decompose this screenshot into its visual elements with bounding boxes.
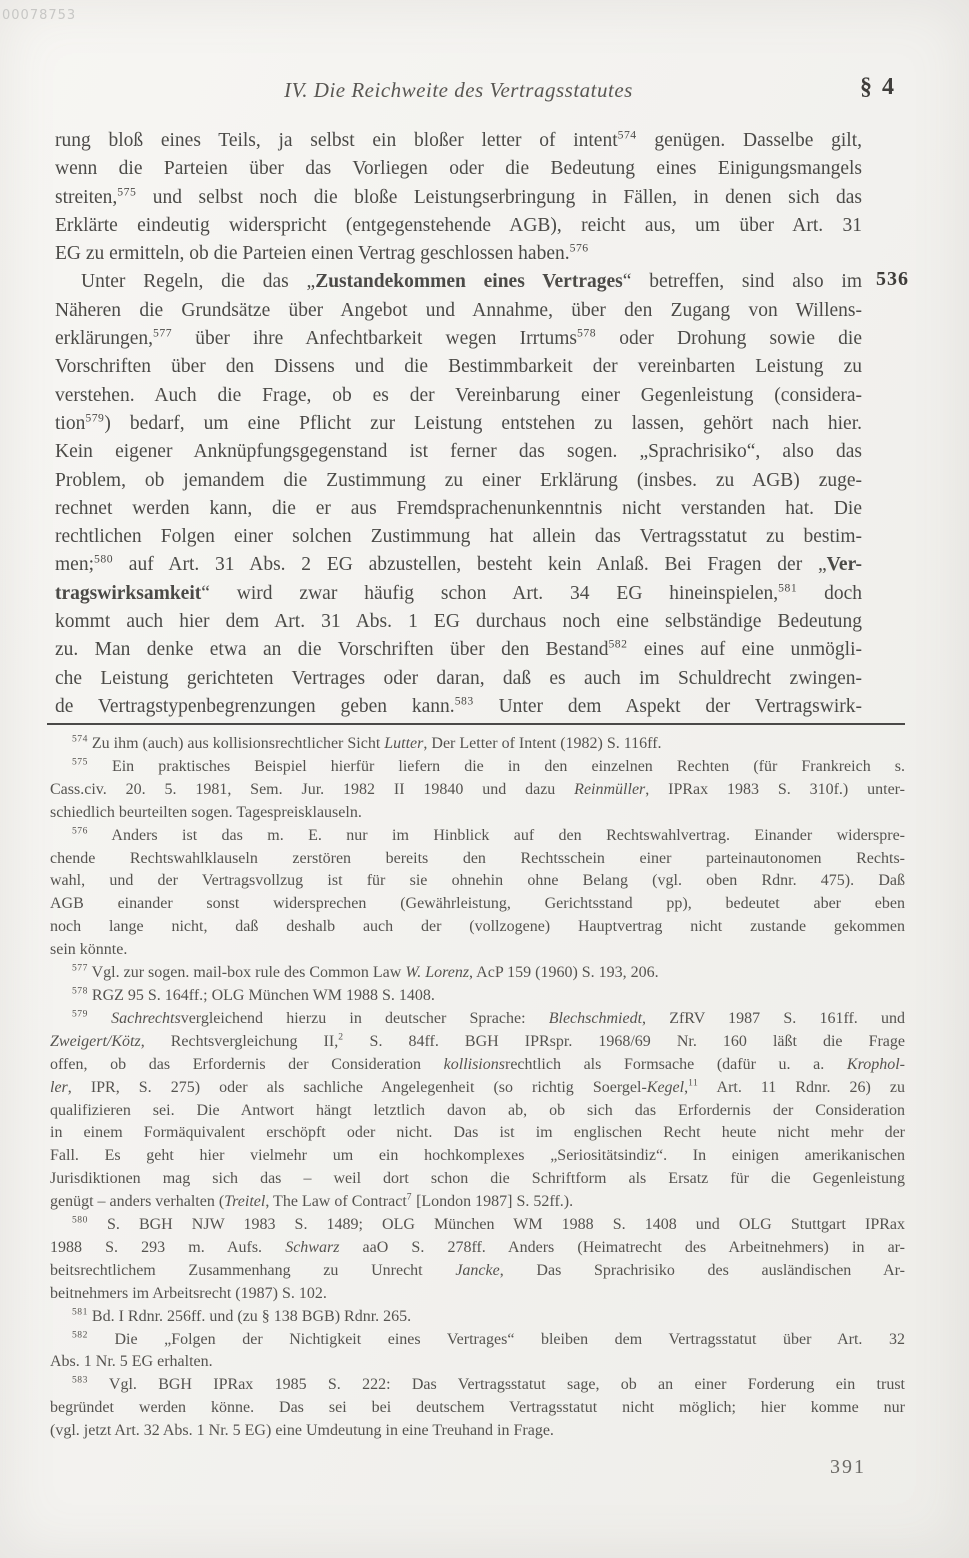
text-line: tion579) bedarf, um eine Pflicht zur Lei…	[55, 410, 862, 438]
text-line: rung bloß eines Teils, ja selbst ein blo…	[55, 127, 862, 155]
footnote-line: (vgl. jetzt Art. 32 Abs. 1 Nr. 5 EG) ein…	[50, 1420, 905, 1443]
text-line: men;580 auf Art. 31 Abs. 2 EG abzustelle…	[55, 551, 862, 579]
footnote-line: qualifizieren sei. Die Antwort hängt let…	[50, 1100, 905, 1123]
footnote-reference: 580	[94, 553, 113, 566]
scan-id-stamp: 00078753	[2, 8, 76, 23]
text-line: de Vertragstypenbegrenzungen geben kann.…	[55, 693, 862, 721]
footnote-line: 577 Vgl. zur sogen. mail-box rule des Co…	[50, 962, 905, 985]
text-line: Erklärte eindeutig widerspricht (entgege…	[55, 212, 862, 240]
text-line: verstehen. Auch die Frage, ob es der Ver…	[55, 382, 862, 410]
footnote-reference: 581	[72, 1306, 88, 1317]
footnote-line: 581 Bd. I Rdnr. 256ff. und (zu § 138 BGB…	[50, 1306, 905, 1329]
footnote-line: chende Rechtswahlklauseln zerstören bere…	[50, 848, 905, 871]
footnote-reference: 579	[85, 411, 104, 424]
footnote-line: offen, ob das Erfordernis der Considerat…	[50, 1054, 905, 1077]
footnote-line: AGB einander sonst widersprechen (Gewähr…	[50, 893, 905, 916]
text-line: erklärungen,577 über ihre Anfechtbarkeit…	[55, 325, 862, 353]
footnote-line: 574 Zu ihm (auch) aus kollisionsrechtlic…	[50, 733, 905, 756]
text-line: Kein eigener Anknüpfungsgegenstand ist f…	[55, 438, 862, 466]
footnote-line: 583 Vgl. BGH IPRax 1985 S. 222: Das Vert…	[50, 1374, 905, 1397]
footnotes-block: 574 Zu ihm (auch) aus kollisionsrechtlic…	[50, 733, 905, 1443]
footnote-line: in einem Formäquivalent erschöpft oder n…	[50, 1122, 905, 1145]
footnote-line: wahl, und der Vertragsvollzug ist für si…	[50, 870, 905, 893]
footnote-line: ler, IPR, S. 275) oder als sachliche Ang…	[50, 1077, 905, 1100]
footnote-line: 578 RGZ 95 S. 164ff.; OLG München WM 198…	[50, 985, 905, 1008]
footnote-reference: 583	[72, 1375, 88, 1386]
text-line: zu. Man denke etwa an die Vorschriften ü…	[55, 636, 862, 664]
footnote-separator-rule	[47, 723, 905, 725]
book-page-scan: 00078753 IV. Die Reichweite des Vertrags…	[0, 0, 969, 1558]
footnote-line: 576 Anders ist das m. E. nur im Hinblick…	[50, 825, 905, 848]
footnote-reference: 577	[72, 963, 88, 974]
text-line: rechtlichen Folgen einer solchen Zustimm…	[55, 523, 862, 551]
footnote-line: 1988 S. 293 m. Aufs. Schwarz aaO S. 278f…	[50, 1237, 905, 1260]
text-line: tragswirksamkeit“ wird zwar häufig schon…	[55, 580, 862, 608]
footnote-line: 582 Die „Folgen der Nichtigkeit eines Ve…	[50, 1329, 905, 1352]
text-line: kommt auch hier dem Art. 31 Abs. 1 EG du…	[55, 608, 862, 636]
margin-paragraph-number: 536	[876, 268, 909, 291]
footnote-reference: 574	[618, 129, 637, 142]
footnote-reference: 575	[72, 757, 88, 768]
text-line: Vorschriften über den Dissens und die Be…	[55, 353, 862, 381]
footnote-line: beitnehmers im Arbeitsrecht (1987) S. 10…	[50, 1283, 905, 1306]
footnote-reference: 576	[72, 825, 88, 836]
footnote-reference: 582	[72, 1329, 88, 1340]
footnote-reference: 576	[570, 242, 589, 255]
footnote-line: Zweigert/Kötz, Rechtsvergleichung II,2 S…	[50, 1031, 905, 1054]
footnote-line: Jurisdiktionen mag sich das – weil dort …	[50, 1168, 905, 1191]
footnote-line: sein könnte.	[50, 939, 905, 962]
footnote-reference: 582	[608, 638, 627, 651]
footnote-line: schiedlich beurteilten sogen. Tagespreis…	[50, 802, 905, 825]
footnote-reference: 578	[72, 986, 88, 997]
footnote-reference: 581	[778, 581, 797, 594]
text-line: rechnet werden kann, die er aus Fremdspr…	[55, 495, 862, 523]
footnote-reference: 575	[117, 185, 136, 198]
main-text-column: rung bloß eines Teils, ja selbst ein blo…	[55, 127, 862, 721]
footnote-line: Abs. 1 Nr. 5 EG erhalten.	[50, 1351, 905, 1374]
footnote-line: beitsrechtlichem Zusammenhang zu Unrecht…	[50, 1260, 905, 1283]
footnote-line: Cass.civ. 20. 5. 1981, Sem. Jur. 1982 II…	[50, 779, 905, 802]
footnote-reference: 579	[72, 1009, 88, 1020]
text-line: Unter Regeln, die das „Zustandekommen ei…	[55, 268, 862, 296]
chapter-title: IV. Die Reichweite des Vertragsstatutes	[55, 78, 862, 103]
footnote-line: genügt – anders verhalten (Treitel, The …	[50, 1191, 905, 1214]
footnote-reference: 577	[153, 327, 172, 340]
footnote-line: 580 S. BGH NJW 1983 S. 1489; OLG München…	[50, 1214, 905, 1237]
footnote-reference: 583	[455, 694, 474, 707]
text-line: Problem, ob jemandem die Zustimmung zu e…	[55, 467, 862, 495]
footnote-reference: 578	[577, 327, 596, 340]
footnote-line: 575 Ein praktisches Beispiel hierfür lie…	[50, 756, 905, 779]
page-number: 391	[830, 1456, 866, 1479]
footnote-reference: 580	[72, 1215, 88, 1226]
footnote-line: 579 Sachrechtsvergleichend hierzu in deu…	[50, 1008, 905, 1031]
footnote-reference: 574	[72, 734, 88, 745]
text-line: EG zu ermitteln, ob die Parteien einen V…	[55, 240, 862, 268]
text-line: wenn die Parteien über das Vorliegen ode…	[55, 155, 862, 183]
footnote-line: begründet werden könne. Das sei bei deut…	[50, 1397, 905, 1420]
section-mark: § 4	[860, 74, 920, 101]
text-line: streiten,575 und selbst noch die bloße L…	[55, 184, 862, 212]
text-line: Näheren die Grundsätze über Angebot und …	[55, 297, 862, 325]
footnote-line: Fall. Es geht hier vielmehr um ein hochk…	[50, 1145, 905, 1168]
text-line: che Leistung gerichteten Vertrages oder …	[55, 665, 862, 693]
footnote-line: noch lange nicht, daß deshalb auch der (…	[50, 916, 905, 939]
footnote-reference: 11	[688, 1077, 698, 1088]
running-head: IV. Die Reichweite des Vertragsstatutes	[55, 78, 862, 108]
